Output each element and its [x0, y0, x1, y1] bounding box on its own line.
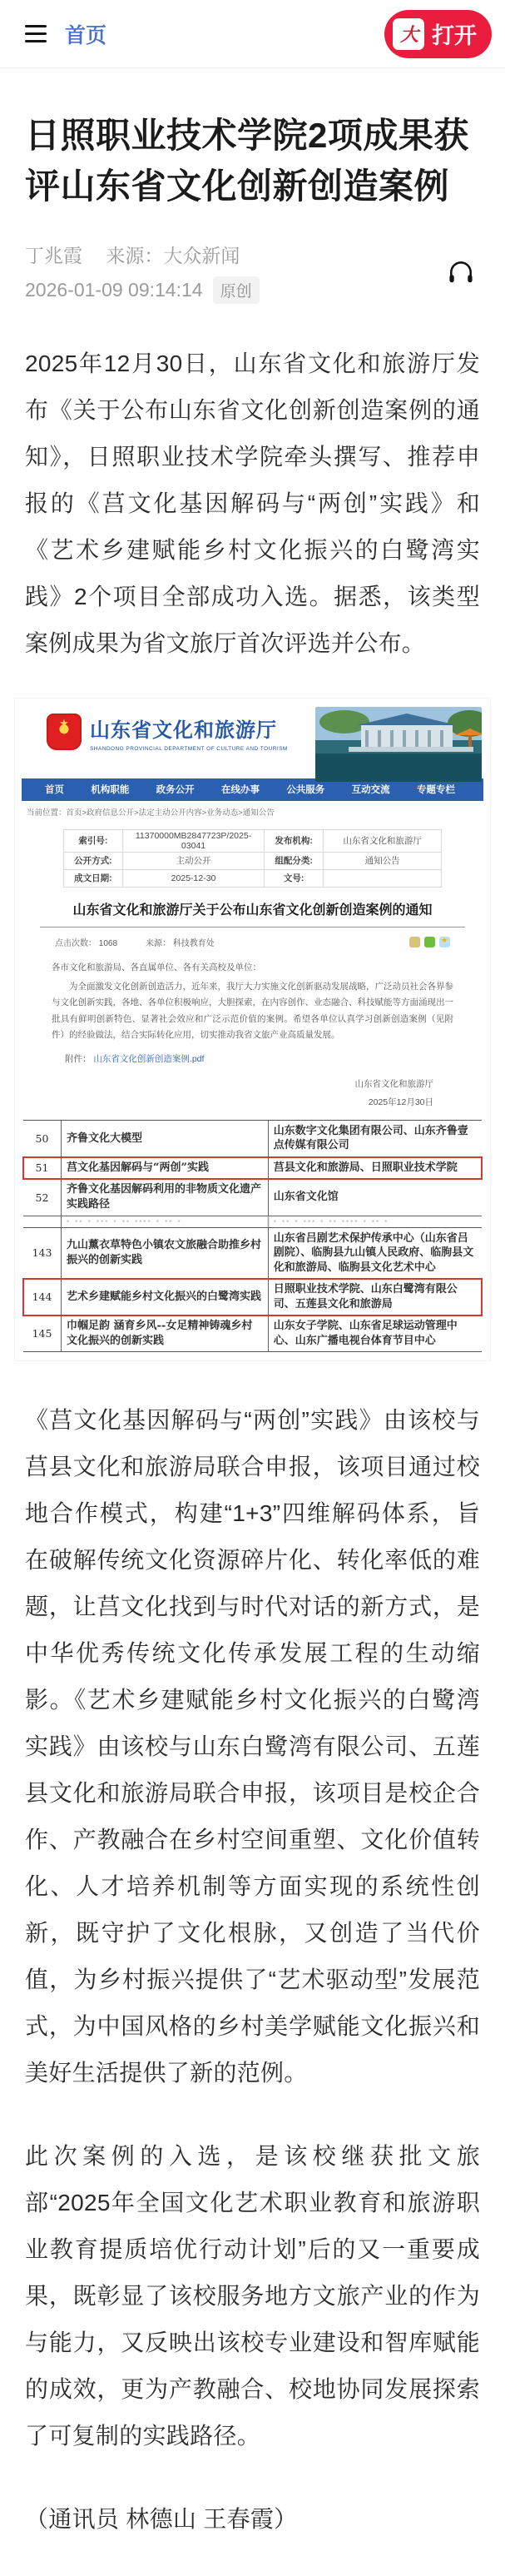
- table-row: 50齐鲁文化大模型山东数字文化集团有限公司、山东齐鲁壹点传媒有限公司: [23, 1121, 482, 1157]
- gov-nav-item[interactable]: 专题专栏: [417, 783, 455, 796]
- meta-value: [324, 869, 442, 887]
- gov-site-name: 山东省文化和旅游厅: [90, 714, 288, 743]
- notice-body: 各市文化和旅游局、各直属单位、各有关高校及单位： 为全面激发文化创新创造活力，近…: [52, 960, 453, 1044]
- page-title: 日照职业技术学院2项成果获评山东省文化创新创造案例: [25, 110, 480, 212]
- case-organizations: 山东数字文化集团有限公司、山东齐鲁壹点传媒有限公司: [269, 1121, 482, 1156]
- attachment-line: 附件： 山东省文化创新创造案例.pdf: [65, 1052, 453, 1065]
- original-badge: 原创: [213, 276, 260, 304]
- open-app-button[interactable]: 大 打开: [384, 10, 492, 58]
- table-row: 145巾帼足韵 涵育乡风--女足精神铸魂乡村文化振兴的创新实践山东女子学院、山东…: [23, 1315, 482, 1351]
- meta-value: 11370000MB2847723P/2025-03041: [122, 829, 264, 852]
- meta-label: 发布机构:: [265, 829, 324, 852]
- favorite-star-icon[interactable]: [439, 937, 450, 947]
- table-row: 51莒文化基因解码与“两创”实践莒县文化和旅游局、日照职业技术学院: [23, 1157, 482, 1180]
- doc-meta-table: 索引号: 11370000MB2847723P/2025-03041 发布机构:…: [63, 829, 442, 888]
- table-splice: · ·· · ··· · ·· ···· · ·· ·· ·· · ··· · …: [23, 1216, 482, 1228]
- gov-nav-item[interactable]: 公共服务: [286, 783, 324, 796]
- open-app-label: 打开: [432, 17, 477, 50]
- top-bar: 首页 大 打开: [0, 0, 505, 68]
- meta-value: 山东省文化和旅游厅: [324, 829, 442, 852]
- meta-value: 主动公开: [122, 852, 264, 869]
- meta-value: 2025-12-30: [122, 869, 264, 887]
- case-organizations: 日照职业技术学院、山东白鹭湾有限公司、五莲县文化和旅游局: [269, 1279, 482, 1315]
- case-title: 艺术乡建赋能乡村文化振兴的白鹭湾实践: [62, 1279, 269, 1315]
- case-title: 巾帼足韵 涵育乡风--女足精神铸魂乡村文化振兴的创新实践: [62, 1315, 269, 1351]
- meta-label: 成文日期:: [63, 869, 122, 887]
- table-splice-cell: · ·· · ··· · ·· ···· · ·· ·: [269, 1216, 482, 1228]
- table-splice-cell: [23, 1216, 62, 1228]
- notice-source-value: 科技教育处: [173, 939, 215, 948]
- gov-nav-item[interactable]: 首页: [45, 783, 64, 796]
- breadcrumb: 当前位置：首页>政府信息公开>法定主动公开内容>业务动态>通知公告: [22, 801, 483, 821]
- click-count-label: 点击次数：: [55, 939, 97, 948]
- paragraph-2: 《莒文化基因解码与“两创”实践》由该校与莒县文化和旅游局联合申报，该项目通过校地…: [25, 1397, 480, 2096]
- meta-label: 索引号:: [63, 829, 122, 852]
- case-title: 莒文化基因解码与“两创”实践: [62, 1157, 269, 1179]
- table-row: 144艺术乡建赋能乡村文化振兴的白鹭湾实践日照职业技术学院、山东白鹭湾有限公司、…: [23, 1279, 482, 1315]
- byline: 丁兆霞 来源：大众新闻 2026-01-09 09:14:14 原创: [25, 241, 480, 304]
- gov-site-header: 山东省文化和旅游厅 SHANDONG PROVINCIAL DEPARTMENT…: [22, 704, 483, 778]
- gov-nav-item[interactable]: 在线办事: [221, 783, 260, 796]
- gov-nav-item[interactable]: 政务公开: [156, 783, 195, 796]
- gov-nav-item[interactable]: 机构职能: [91, 783, 129, 796]
- notice-stats: 点击次数： 1068 来源： 科技教育处: [55, 936, 450, 948]
- signer-name: 山东省文化和旅游厅: [22, 1075, 433, 1093]
- attachment-link[interactable]: 山东省文化创新创造案例.pdf: [93, 1054, 204, 1064]
- wechat-share-icon[interactable]: [424, 937, 435, 947]
- banner-photo: [315, 707, 482, 782]
- case-number: 52: [23, 1179, 62, 1215]
- case-organizations: 莒县文化和旅游局、日照职业技术学院: [269, 1157, 482, 1179]
- menu-icon[interactable]: [25, 25, 47, 42]
- case-title: 齐鲁文化大模型: [62, 1121, 269, 1156]
- publish-datetime: 2026-01-09 09:14:14: [25, 279, 203, 301]
- meta-label: 公开方式:: [63, 852, 122, 869]
- case-organizations: 山东省吕剧艺术保护传承中心（山东省吕剧院）、临朐县九山镇人民政府、临朐县文化和旅…: [269, 1228, 482, 1279]
- attachment-label: 附件：: [65, 1054, 92, 1064]
- gov-site-name-en: SHANDONG PROVINCIAL DEPARTMENT OF CULTUR…: [90, 746, 288, 752]
- notice-text: 为全面激发文化创新创造活力，近年来，我厅大力实施文化创新驱动发展战略，广泛动员社…: [52, 979, 453, 1044]
- table-row: 143九山薰衣草特色小镇农文旅融合助推乡村振兴的创新实践山东省吕剧艺术保护传承中…: [23, 1228, 482, 1280]
- notice-source-label: 来源：: [146, 939, 171, 948]
- divider: [40, 927, 465, 927]
- gov-nav-item[interactable]: 互动交流: [352, 783, 390, 796]
- case-table: 50齐鲁文化大模型山东数字文化集团有限公司、山东齐鲁壹点传媒有限公司51莒文化基…: [23, 1120, 482, 1353]
- author-name: 丁兆霞: [25, 245, 82, 266]
- case-number: 145: [23, 1315, 62, 1351]
- sign-date: 2025年12月30日: [22, 1093, 433, 1111]
- dazhong-logo-icon: 大: [393, 18, 424, 50]
- listen-headphone-icon[interactable]: [447, 258, 475, 286]
- notice-screenshot: 山东省文化和旅游厅 SHANDONG PROVINCIAL DEPARTMENT…: [15, 699, 490, 1361]
- gov-nav: 首页机构职能政务公开在线办事公共服务互动交流专题专栏: [22, 778, 483, 801]
- case-organizations: 山东省文化馆: [269, 1179, 482, 1215]
- paragraph-3: 此次案例的入选，是该校继获批文旅部“2025年全国文化艺术职业教育和旅游职业教育…: [25, 2133, 480, 2459]
- case-number: 50: [23, 1121, 62, 1156]
- table-splice-cell: · ·· · ··· · ·· ···· · ·· ·: [62, 1216, 269, 1228]
- meta-label: 文号:: [265, 869, 324, 887]
- meta-value: 通知公告: [324, 852, 442, 869]
- article-source: 来源：大众新闻: [106, 245, 240, 266]
- correspondent-line: （通讯员 林德山 王春霞）: [25, 2496, 480, 2543]
- case-number: 143: [23, 1228, 62, 1279]
- meta-label: 组配分类:: [265, 852, 324, 869]
- notice-signature: 山东省文化和旅游厅 2025年12月30日: [22, 1075, 433, 1111]
- paragraph-1: 2025年12月30日，山东省文化和旅游厅发布《关于公布山东省文化创新创造案例的…: [25, 341, 480, 667]
- click-count-value: 1068: [99, 939, 117, 948]
- table-row: 52齐鲁文化基因解码利用的非物质文化遗产实践路径山东省文化馆: [23, 1179, 482, 1216]
- case-title: 九山薰衣草特色小镇农文旅融合助推乡村振兴的创新实践: [62, 1228, 269, 1279]
- home-link[interactable]: 首页: [65, 19, 106, 49]
- case-organizations: 山东女子学院、山东省足球运动管理中心、山东广播电视台体育节目中心: [269, 1315, 482, 1351]
- print-icon[interactable]: [409, 937, 420, 947]
- notice-title: 山东省文化和旅游厅关于公布山东省文化创新创造案例的通知: [22, 899, 483, 918]
- national-emblem-icon: [47, 714, 82, 750]
- article-body: 日照职业技术学院2项成果获评山东省文化创新创造案例 丁兆霞 来源：大众新闻 20…: [0, 110, 505, 2543]
- case-number: 144: [23, 1279, 62, 1315]
- case-title: 齐鲁文化基因解码利用的非物质文化遗产实践路径: [62, 1179, 269, 1215]
- notice-salutation: 各市文化和旅游局、各直属单位、各有关高校及单位：: [52, 960, 453, 976]
- case-number: 51: [23, 1157, 62, 1179]
